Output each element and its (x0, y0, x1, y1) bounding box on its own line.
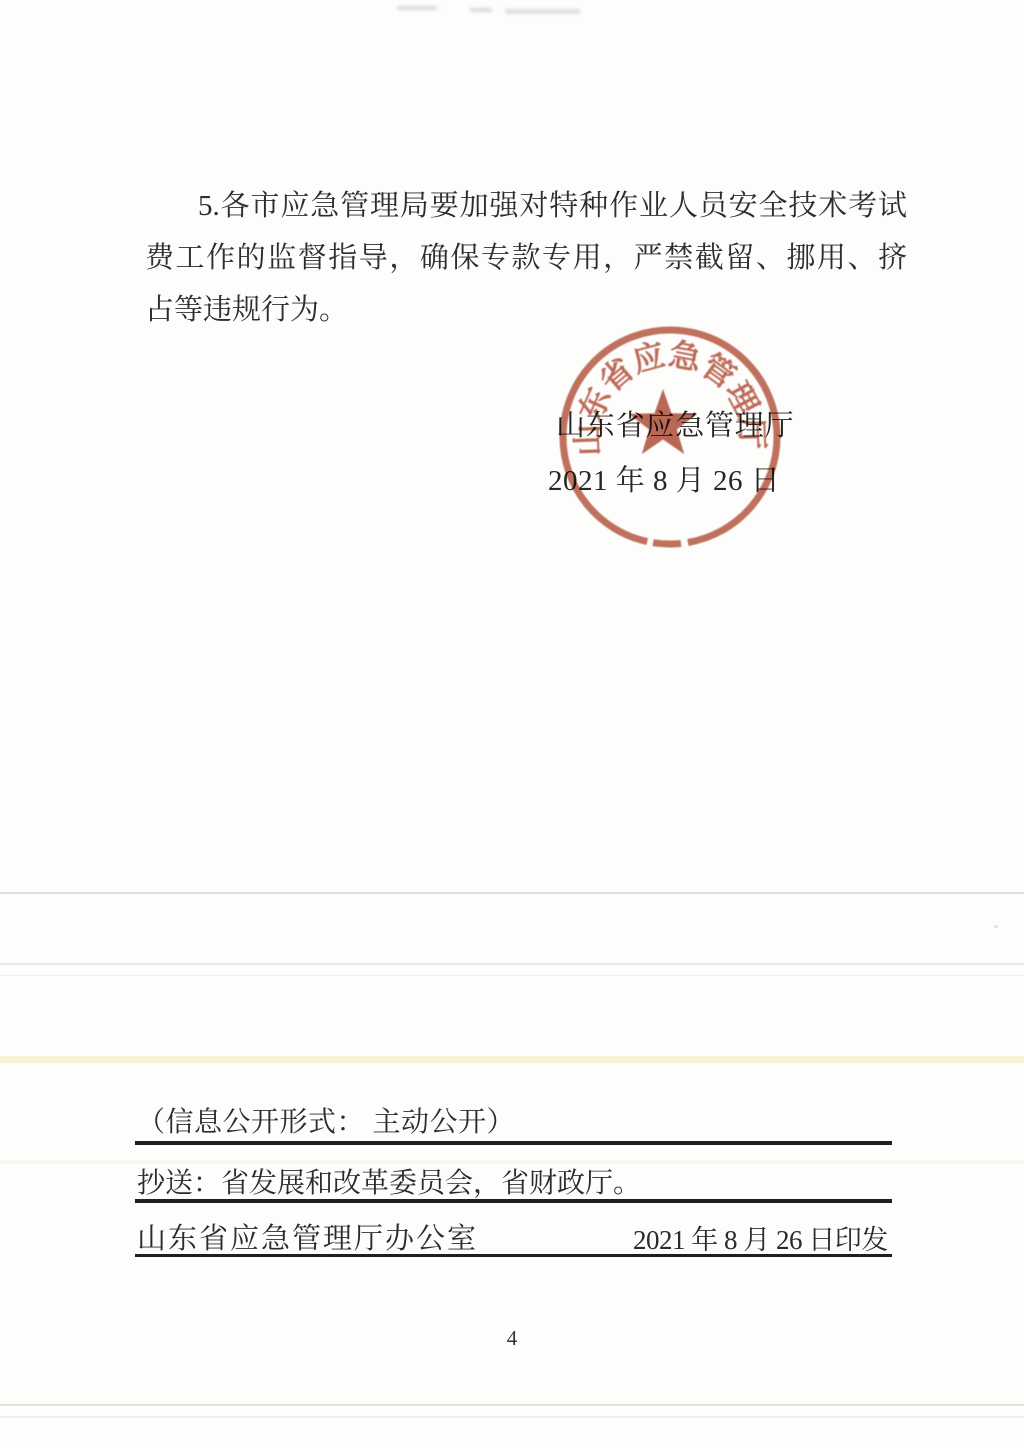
footer-rule (135, 1199, 892, 1203)
paragraph-line: 费工作的监督指导，确保专款专用，严禁截留、挪用、挤占、侵 (145, 232, 907, 284)
scan-smudge (505, 9, 580, 14)
scan-speck (994, 925, 998, 928)
scan-line (0, 975, 1024, 976)
cc-line: 抄送：省发展和改革委员会，省财政厅。 (137, 1161, 641, 1201)
scan-line (0, 1416, 1024, 1418)
scan-line (0, 892, 1024, 894)
footer-rule (135, 1141, 892, 1145)
page-number: 4 (498, 1326, 526, 1351)
scanned-document-page: 5.各市应急管理局要加强对特种作业人员安全技术考试收 费工作的监督指导，确保专款… (0, 0, 1024, 1448)
official-seal: 山东省应急管理厅 (555, 322, 785, 552)
body-paragraph: 5.各市应急管理局要加强对特种作业人员安全技术考试收 费工作的监督指导，确保专款… (145, 180, 907, 336)
issuing-office: 山东省应急管理厅办公室 (137, 1216, 478, 1257)
print-date: 2021 年 8 月 26 日印发 (633, 1218, 888, 1257)
paragraph-line: 5.各市应急管理局要加强对特种作业人员安全技术考试收 (145, 180, 907, 232)
paragraph-line: 占等违规行为。 (145, 284, 907, 336)
scan-line (0, 1404, 1024, 1406)
scan-yellow-band (0, 1056, 1024, 1063)
scan-smudge (470, 8, 492, 12)
seal-star-icon (629, 389, 697, 454)
footer-rule (135, 1254, 892, 1257)
scan-line (0, 963, 1024, 965)
disclosure-note: （信息公开形式： 主动公开） (137, 1100, 515, 1140)
scan-smudge (397, 6, 437, 10)
